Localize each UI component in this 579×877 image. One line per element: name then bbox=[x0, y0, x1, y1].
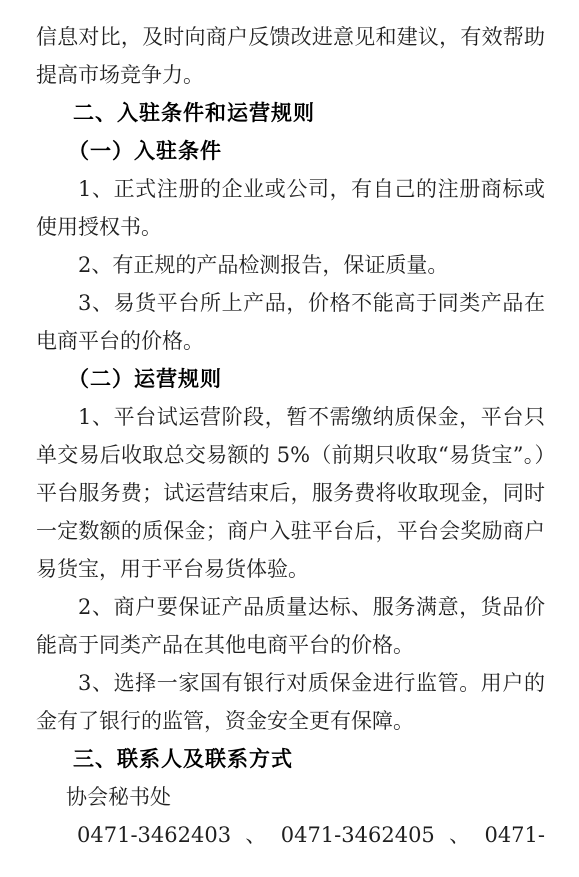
phone-numbers-line: 0471-3462403、0471-3462405、0471-6304064（兼… bbox=[36, 816, 545, 854]
body-line: 金有了银行的监管，资金安全更有保障。 bbox=[36, 702, 545, 740]
contact-name-line: 协会秘书处 bbox=[36, 778, 545, 816]
body-line: 信息对比，及时向商户反馈改进意见和建议，有效帮助商户 bbox=[36, 18, 545, 56]
section-2-2-heading: （二）运营规则 bbox=[36, 360, 545, 398]
section-3-heading: 三、联系人及联系方式 bbox=[36, 740, 545, 778]
section-2-1-heading: （一）入驻条件 bbox=[36, 132, 545, 170]
body-line: 2、有正规的产品检测报告，保证质量。 bbox=[36, 246, 545, 284]
document-page: 信息对比，及时向商户反馈改进意见和建议，有效帮助商户 提高市场竞争力。 二、入驻… bbox=[0, 0, 579, 877]
body-line: 3、易货平台所上产品，价格不能高于同类产品在其他 bbox=[36, 284, 545, 322]
body-line: 1、平台试运营阶段，暂不需缴纳质保金，平台只在订 bbox=[36, 398, 545, 436]
body-line: 单交易后收取总交易额的 5%（前期只收取“易货宝”。）作为 bbox=[36, 436, 545, 474]
section-2-heading: 二、入驻条件和运营规则 bbox=[36, 94, 545, 132]
body-line: 2、商户要保证产品质量达标、服务满意，货品价格不 bbox=[36, 588, 545, 626]
body-line: 易货宝，用于平台易货体验。 bbox=[36, 550, 545, 588]
body-line: 电商平台的价格。 bbox=[36, 322, 545, 360]
body-line: 平台服务费；试运营结束后，服务费将收取现金，同时收取 bbox=[36, 474, 545, 512]
body-line: 1、正式注册的企业或公司，有自己的注册商标或商标 bbox=[36, 170, 545, 208]
body-line: 提高市场竞争力。 bbox=[36, 56, 545, 94]
body-line: 3、选择一家国有银行对质保金进行监管。用户的质保 bbox=[36, 664, 545, 702]
body-line: 使用授权书。 bbox=[36, 208, 545, 246]
body-line: 能高于同类产品在其他电商平台的价格。 bbox=[36, 626, 545, 664]
body-line: 一定数额的质保金；商户入驻平台后，平台会奖励商户 200 bbox=[36, 512, 545, 550]
